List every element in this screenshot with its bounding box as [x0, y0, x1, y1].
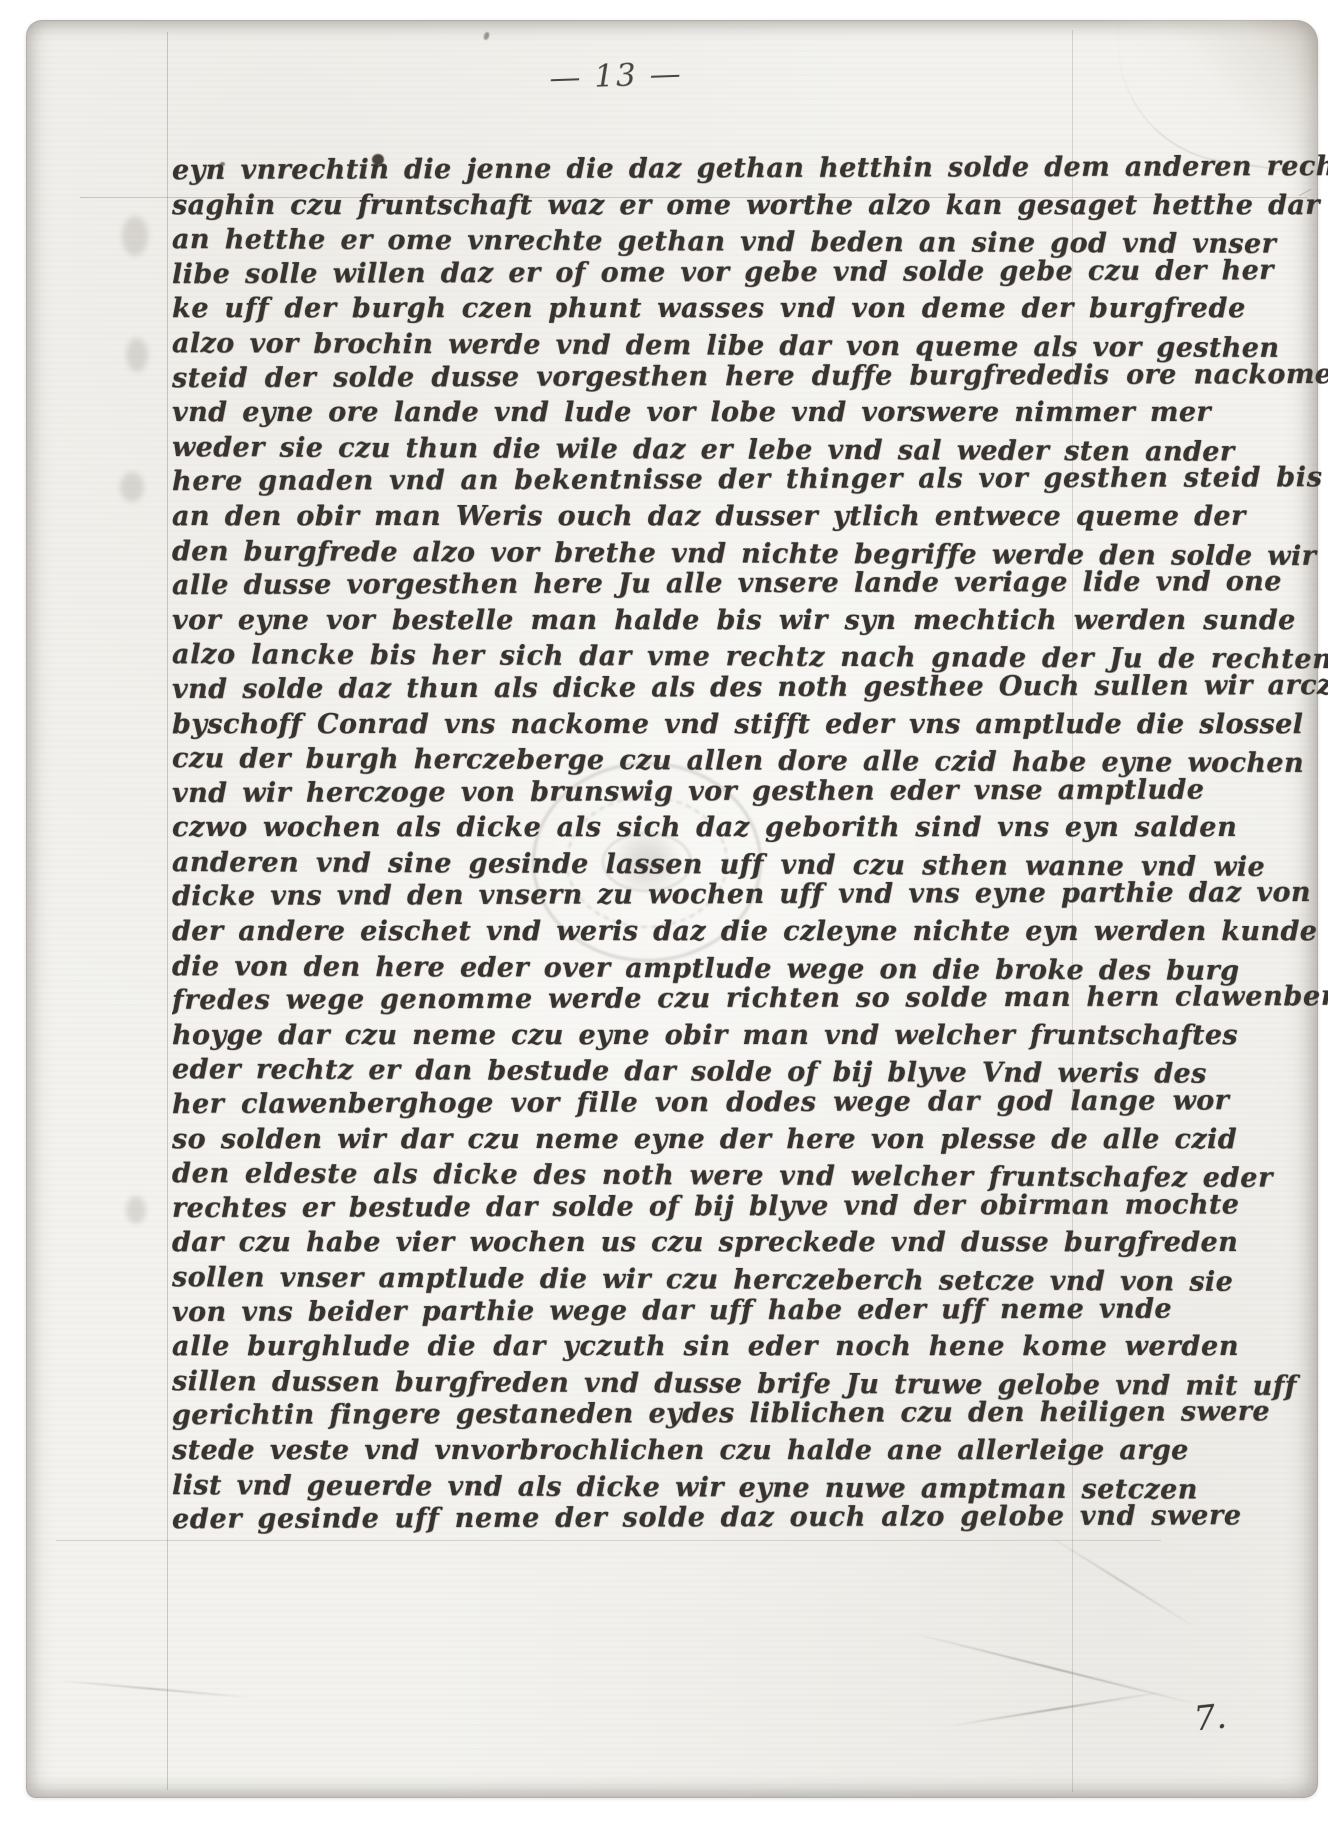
manuscript-line: vor eyne vor bestelle man halde bis wir …	[172, 604, 1328, 639]
manuscript-line: alle dusse vorgesthen here Ju alle vnser…	[172, 565, 1328, 604]
manuscript-line: dicke vns vnd den vnsern zu wochen uff v…	[172, 876, 1328, 915]
folio-number: 7.	[1192, 1696, 1228, 1739]
manuscript-leaf: — 13 — eyn vnrechtin die jenne die daz g…	[26, 20, 1318, 1798]
manuscript-line: czwo wochen als dicke als sich daz gebor…	[172, 811, 1328, 846]
manuscript-line: an den obir man Weris ouch daz dusser yt…	[172, 500, 1328, 535]
manuscript-line: so solden wir dar czu neme eyne der here…	[172, 1123, 1328, 1158]
manuscript-line: eyn vnrechtin die jenne die daz gethan h…	[172, 154, 1328, 189]
manuscript-scan: — 13 — eyn vnrechtin die jenne die daz g…	[0, 0, 1342, 1822]
manuscript-line: here gnaden vnd an bekentnisse der thing…	[172, 461, 1328, 500]
manuscript-line: libe solle willen daz er of ome vor gebe…	[172, 254, 1328, 293]
manuscript-line: gerichtin fingere gestaneden eydes libli…	[172, 1395, 1328, 1434]
manuscript-line: byschoff Conrad vns nackome vnd stifft e…	[172, 708, 1328, 743]
manuscript-line: steid der solde dusse vorgesthen here du…	[172, 358, 1328, 397]
paper-crease	[910, 1632, 1202, 1707]
manuscript-line: vnd wir herczoge von brunswig vor gesthe…	[172, 773, 1328, 812]
manuscript-line: saghin czu fruntschaft waz er ome worthe…	[172, 189, 1328, 224]
margin-smudge	[126, 338, 148, 372]
manuscript-line: alle burghlude die dar yczuth sin eder n…	[172, 1330, 1328, 1365]
manuscript-line: her clawenberghoge vor fille von dodes w…	[172, 1084, 1328, 1123]
margin-smudge	[122, 216, 148, 256]
manuscript-line: fredes wege genomme werde czu richten so…	[172, 980, 1328, 1019]
paper-crease	[947, 1691, 1165, 1727]
manuscript-line: ke uff der burgh czen phunt wasses vnd v…	[172, 292, 1328, 327]
manuscript-line: vnd eyne ore lande vnd lude vor lobe vnd…	[172, 396, 1328, 431]
manuscript-line: eder gesinde uff neme der solde daz ouch…	[172, 1499, 1328, 1538]
margin-smudge	[120, 472, 144, 502]
manuscript-line: hoyge dar czu neme czu eyne obir man vnd…	[172, 1019, 1328, 1054]
manuscript-line: rechtes er bestude dar solde of bij blyv…	[172, 1188, 1328, 1227]
handwritten-text-block: eyn vnrechtin die jenne die daz gethan h…	[172, 154, 1328, 1554]
margin-smudge	[126, 1196, 146, 1224]
page-number-top: — 13 —	[495, 54, 736, 98]
ink-speck	[483, 31, 490, 40]
paper-crease	[54, 1679, 253, 1698]
manuscript-line: der andere eischet vnd weris daz die czl…	[172, 915, 1328, 950]
manuscript-line: vnd solde daz thun als dicke als des not…	[172, 669, 1328, 708]
manuscript-line: stede veste vnd vnvorbrochlichen czu hal…	[172, 1434, 1328, 1469]
ruling-line-left	[167, 32, 168, 1790]
manuscript-line: von vns beider parthie wege dar uff habe…	[172, 1292, 1328, 1331]
manuscript-line: dar czu habe vier wochen us czu sprecked…	[172, 1226, 1328, 1261]
